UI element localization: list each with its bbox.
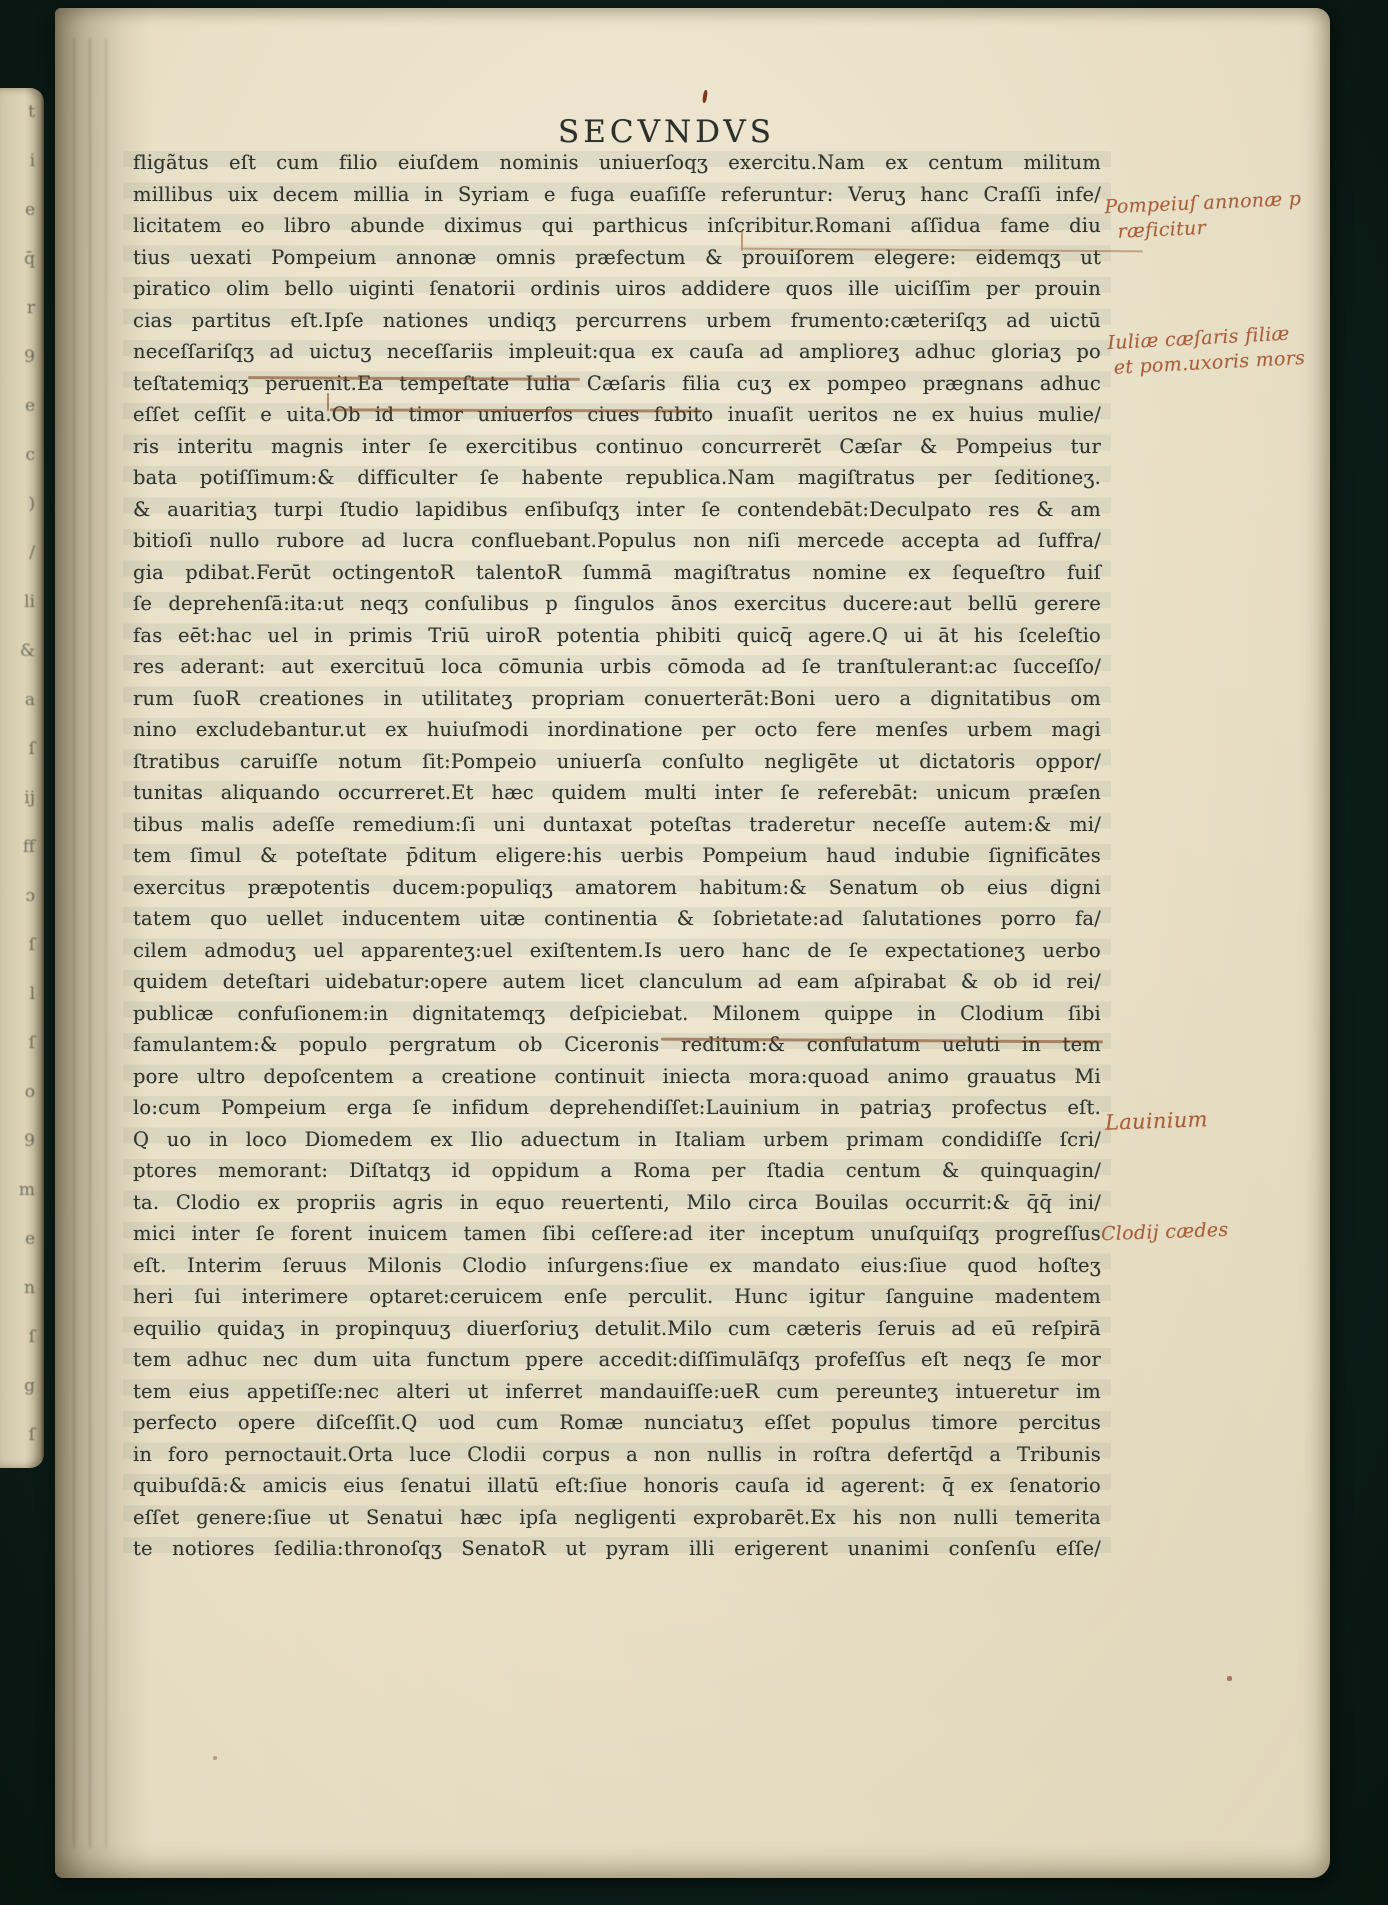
text-line: res aderant: aut exercituū loca cōmunia …: [133, 651, 1101, 683]
margin-note-lauinium: Lauinium: [1105, 1107, 1209, 1136]
text-line: gia pdibat.Ferūt octingentoR talentoR ſu…: [133, 557, 1101, 589]
text-line: fas eēt:hac uel in primis Triū uiroR pot…: [133, 620, 1101, 652]
text-line: ſtratibus caruiſſe notum ſit:Pompeio uni…: [133, 746, 1101, 778]
text-line: cilem admoduʒ uel apparenteʒ:uel exiſten…: [133, 935, 1101, 967]
text-line: tem adhuc nec dum uita functum ppere acc…: [133, 1344, 1101, 1376]
ink-speck: [702, 90, 708, 103]
text-line: teſtatemiqʒ peruenit.Ea tempeſtate Iulia…: [133, 368, 1101, 400]
text-line: ptores memorant: Diſtatqʒ id oppidum a R…: [133, 1155, 1101, 1187]
book-page: SECVNDVS fligãtus eſt cum filio eiuſdem …: [55, 8, 1330, 1878]
text-line: publicæ confuſionem:in dignitatemqʒ deſp…: [133, 998, 1101, 1030]
bleed-through-glyph: ɔ: [0, 872, 44, 921]
text-line: eſſet ceſſit e uita.Ob id timor uniuerſo…: [133, 399, 1101, 431]
bleed-through-glyph: e: [0, 382, 44, 431]
ink-speck: [1227, 1676, 1232, 1681]
text-line: equilio quidaʒ in propinquuʒ diuerſoriuʒ…: [133, 1313, 1101, 1345]
text-line: & auaritiaʒ turpi ſtudio lapidibus enſib…: [133, 494, 1101, 526]
text-line: tem eius appetiſſe:nec alteri ut inferre…: [133, 1376, 1101, 1408]
text-line: heri ſui interimere optaret:ceruicem enſ…: [133, 1281, 1101, 1313]
text-line: cias partitus eſt.Ipſe nationes undiqʒ p…: [133, 305, 1101, 337]
text-line: quidem deteſtari uidebatur:opere autem l…: [133, 966, 1101, 998]
text-line: piratico olim bello uiginti ſenatorii or…: [133, 273, 1101, 305]
bleed-through-glyph: ff: [0, 823, 44, 872]
scanned-book-photo: tieq̄r9ec)/li&aſijffɔſlſo9menſgſ SECVNDV…: [0, 0, 1388, 1905]
text-line: perfecto opere diſceſſit.Q uod cum Romæ …: [133, 1407, 1101, 1439]
text-line: te notiores ſedilia:thronoſqʒ SenatoR ut…: [133, 1533, 1101, 1565]
bleed-through-glyph: g: [0, 1362, 44, 1411]
bleed-through-glyph: a: [0, 676, 44, 725]
bleed-through-glyph: i: [0, 137, 44, 186]
text-line: eſſet genere:ſiue ut Senatui hæc ipſa ne…: [133, 1502, 1101, 1534]
text-line: tem ſimul & poteſtate p̄ditum eligere:hi…: [133, 840, 1101, 872]
text-line: pore ultro depoſcentem a creatione conti…: [133, 1061, 1101, 1093]
text-line: quibuſdā:& amicis eius ſenatui illatū eſ…: [133, 1470, 1101, 1502]
text-line: fligãtus eſt cum filio eiuſdem nominis u…: [133, 147, 1101, 179]
facing-page-fore-edge: tieq̄r9ec)/li&aſijffɔſlſo9menſgſ: [0, 88, 44, 1468]
text-line: tatem quo uellet inducentem uitæ contine…: [133, 903, 1101, 935]
bleed-through-glyph: ſ: [0, 725, 44, 774]
margin-note-clodii-caedes: Clodij cædes: [1101, 1218, 1229, 1247]
bleed-through-glyph: 9: [0, 333, 44, 382]
bleed-through-glyph: &: [0, 627, 44, 676]
text-line: ta. Clodio ex propriis agris in equo reu…: [133, 1187, 1101, 1219]
bleed-through-glyph: ſ: [0, 921, 44, 970]
text-block: fligãtus eſt cum filio eiuſdem nominis u…: [133, 147, 1101, 1565]
text-line: Q uo in loco Diomedem ex Ilio aduectum i…: [133, 1124, 1101, 1156]
text-line: rum ſuoR creationes in utilitateʒ propri…: [133, 683, 1101, 715]
bleed-through-glyph: t: [0, 88, 44, 137]
binding-crease: [73, 38, 75, 1848]
bleed-through-glyph: q̄: [0, 235, 44, 284]
margin-note-iulia-mors: Iuliæ cæſaris filiæet pom.uxoris mors: [1107, 321, 1306, 381]
text-line: tius uexati Pompeium annonæ omnis præfec…: [133, 242, 1101, 274]
binding-crease: [105, 38, 107, 1848]
bleed-through-glyph: o: [0, 1068, 44, 1117]
text-line: ris interitu magnis inter ſe exercitibus…: [133, 431, 1101, 463]
bleed-through-glyph: ij: [0, 774, 44, 823]
bleed-through-glyph: ): [0, 480, 44, 529]
bleed-through-glyph: r: [0, 284, 44, 333]
text-line: tibus malis adeſſe remedium:ſi uni dunta…: [133, 809, 1101, 841]
bleed-through-glyph: c: [0, 431, 44, 480]
text-line: in foro pernoctauit.Orta luce Clodii cor…: [133, 1439, 1101, 1471]
text-line: famulantem:& populo pergratum ob Ciceron…: [133, 1029, 1101, 1061]
text-line: mici inter ſe forent inuicem tamen ſibi …: [133, 1218, 1101, 1250]
bleed-through-glyph: ſ: [0, 1019, 44, 1068]
bleed-through-glyph: ſ: [0, 1411, 44, 1460]
running-title: SECVNDVS: [558, 114, 775, 150]
bleed-through-glyph: e: [0, 186, 44, 235]
text-line: nino excludebantur.ut ex huiuſmodi inord…: [133, 714, 1101, 746]
margin-note-line: Clodij cædes: [1101, 1218, 1229, 1247]
binding-crease: [89, 38, 91, 1848]
text-line: tunitas aliquando occurreret.Et hæc quid…: [133, 777, 1101, 809]
text-line: eſt. Interim ſeruus Milonis Clodio inſur…: [133, 1250, 1101, 1282]
text-line: lo:cum Pompeium erga ſe infidum deprehen…: [133, 1092, 1101, 1124]
bleed-through-glyph: m: [0, 1166, 44, 1215]
text-line: ſe deprehenſā:ita:ut neqʒ conſulibus p ſ…: [133, 588, 1101, 620]
text-line: licitatem eo libro abunde diximus qui pa…: [133, 210, 1101, 242]
bleed-through-glyph: 9: [0, 1117, 44, 1166]
text-line: bitioſi nullo rubore ad lucra conflueban…: [133, 525, 1101, 557]
bleed-through-glyph: n: [0, 1264, 44, 1313]
bleed-through-glyph: l: [0, 970, 44, 1019]
text-line: exercitus præpotentis ducem:populiqʒ ama…: [133, 872, 1101, 904]
text-line: millibus uix decem millia in Syriam e fu…: [133, 179, 1101, 211]
margin-note-pompeius-annona: Pompeiuſ annonæ præficitur: [1104, 187, 1303, 246]
text-line: bata potiſſimum:& difficulter ſe habente…: [133, 462, 1101, 494]
text-line: neceſſariſqʒ ad uictuʒ neceſſariis imple…: [133, 336, 1101, 368]
bleed-through-glyph: e: [0, 1215, 44, 1264]
bleed-through-glyph: ſ: [0, 1313, 44, 1362]
bleed-through-glyph: /: [0, 529, 44, 578]
ink-speck: [213, 1756, 217, 1760]
bleed-through-glyph: li: [0, 578, 44, 627]
margin-note-line: Lauinium: [1105, 1107, 1209, 1136]
